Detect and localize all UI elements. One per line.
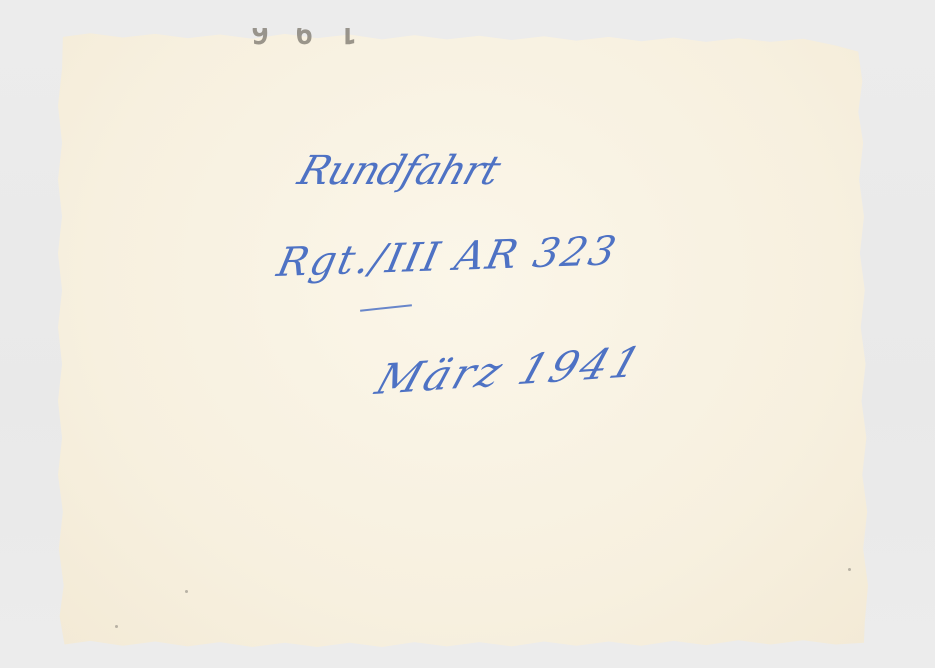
paper-speck: [185, 590, 188, 593]
stamped-number: 196: [225, 28, 357, 58]
paper-speck: [115, 625, 118, 628]
handwritten-line-title: Rundfahrt: [293, 148, 506, 194]
paper-speck: [848, 568, 851, 571]
photo-card: [58, 32, 868, 647]
stamped-number-text: 196: [225, 28, 357, 49]
